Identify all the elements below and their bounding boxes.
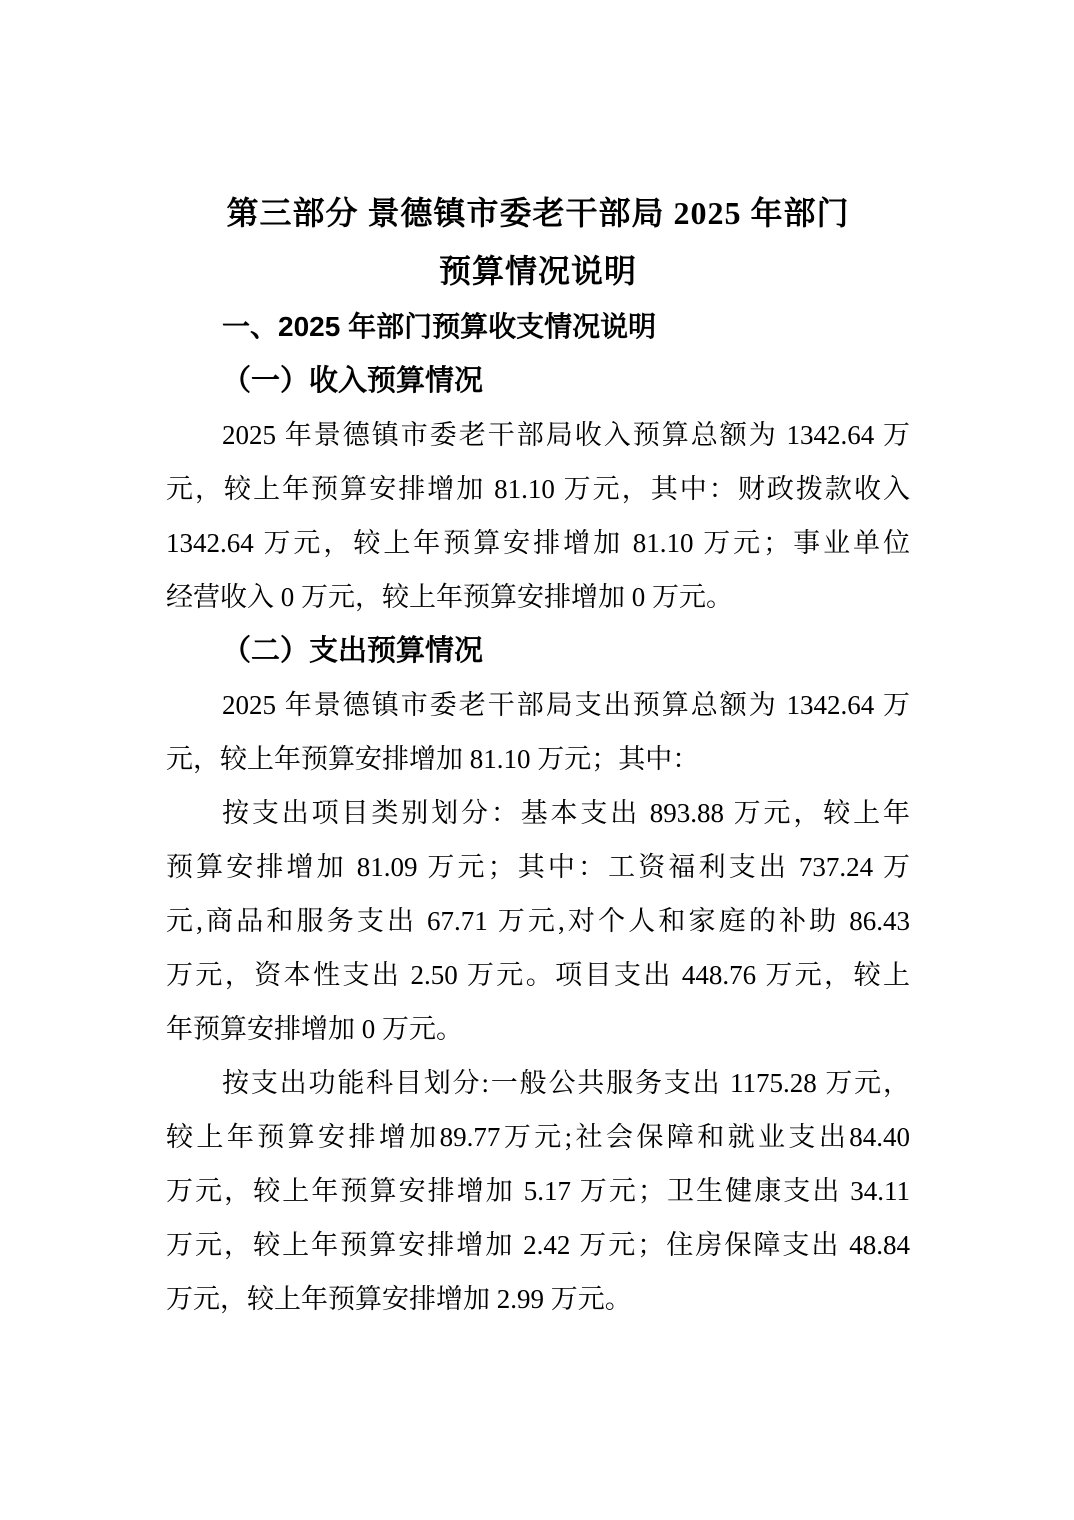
paragraph-expenditure-by-function-line: 按支出功能科目划分:一般公共服务支出 1175.28 万元，: [166, 1056, 910, 1110]
paragraph-expenditure-by-function-line: 较上年预算安排增加89.77万元;社会保障和就业支出84.40: [166, 1110, 910, 1164]
paragraph-income-budget-line: 经营收入 0 万元，较上年预算安排增加 0 万元。: [166, 570, 910, 624]
paragraph-expenditure-by-category-line: 预算安排增加 81.09 万元；其中：工资福利支出 737.24 万: [166, 840, 910, 894]
document-content: 第三部分 景德镇市委老干部局 2025 年部门 预算情况说明 一、2025 年部…: [166, 184, 910, 1326]
paragraph-expenditure-by-category: 按支出项目类别划分：基本支出 893.88 万元，较上年预算安排增加 81.09…: [166, 786, 910, 1056]
document-title-line-2: 预算情况说明: [166, 242, 910, 300]
paragraph-expenditure-total-line: 2025 年景德镇市委老干部局支出预算总额为 1342.64 万: [166, 678, 910, 732]
paragraph-expenditure-total: 2025 年景德镇市委老干部局支出预算总额为 1342.64 万元，较上年预算安…: [166, 678, 910, 786]
document-page: 第三部分 景德镇市委老干部局 2025 年部门 预算情况说明 一、2025 年部…: [0, 0, 1074, 1520]
paragraph-income-budget: 2025 年景德镇市委老干部局收入预算总额为 1342.64 万元，较上年预算安…: [166, 408, 910, 624]
section-heading-budget-overview: 一、2025 年部门预算收支情况说明: [166, 300, 910, 354]
document-title: 第三部分 景德镇市委老干部局 2025 年部门 预算情况说明: [166, 184, 910, 300]
paragraph-income-budget-line: 元，较上年预算安排增加 81.10 万元，其中：财政拨款收入: [166, 462, 910, 516]
paragraph-expenditure-by-function: 按支出功能科目划分:一般公共服务支出 1175.28 万元，较上年预算安排增加8…: [166, 1056, 910, 1326]
paragraph-expenditure-by-category-line: 按支出项目类别划分：基本支出 893.88 万元，较上年: [166, 786, 910, 840]
paragraph-expenditure-by-category-line: 万元，资本性支出 2.50 万元。项目支出 448.76 万元，较上: [166, 948, 910, 1002]
document-body: 一、2025 年部门预算收支情况说明（一）收入预算情况2025 年景德镇市委老干…: [166, 300, 910, 1326]
paragraph-expenditure-by-category-line: 元,商品和服务支出 67.71 万元,对个人和家庭的补助 86.43: [166, 894, 910, 948]
paragraph-expenditure-by-function-line: 万元，较上年预算安排增加 2.42 万元；住房保障支出 48.84: [166, 1218, 910, 1272]
paragraph-expenditure-by-function-line: 万元，较上年预算安排增加 5.17 万元；卫生健康支出 34.11: [166, 1164, 910, 1218]
document-title-line-1: 第三部分 景德镇市委老干部局 2025 年部门: [166, 184, 910, 242]
paragraph-expenditure-by-category-line: 年预算安排增加 0 万元。: [166, 1002, 910, 1056]
paragraph-income-budget-line: 2025 年景德镇市委老干部局收入预算总额为 1342.64 万: [166, 408, 910, 462]
subsection-heading-income-budget: （一）收入预算情况: [166, 354, 910, 408]
paragraph-expenditure-total-line: 元，较上年预算安排增加 81.10 万元；其中：: [166, 732, 910, 786]
paragraph-expenditure-by-function-line: 万元，较上年预算安排增加 2.99 万元。: [166, 1272, 910, 1326]
paragraph-income-budget-line: 1342.64 万元，较上年预算安排增加 81.10 万元；事业单位: [166, 516, 910, 570]
subsection-heading-expenditure-budget: （二）支出预算情况: [166, 624, 910, 678]
